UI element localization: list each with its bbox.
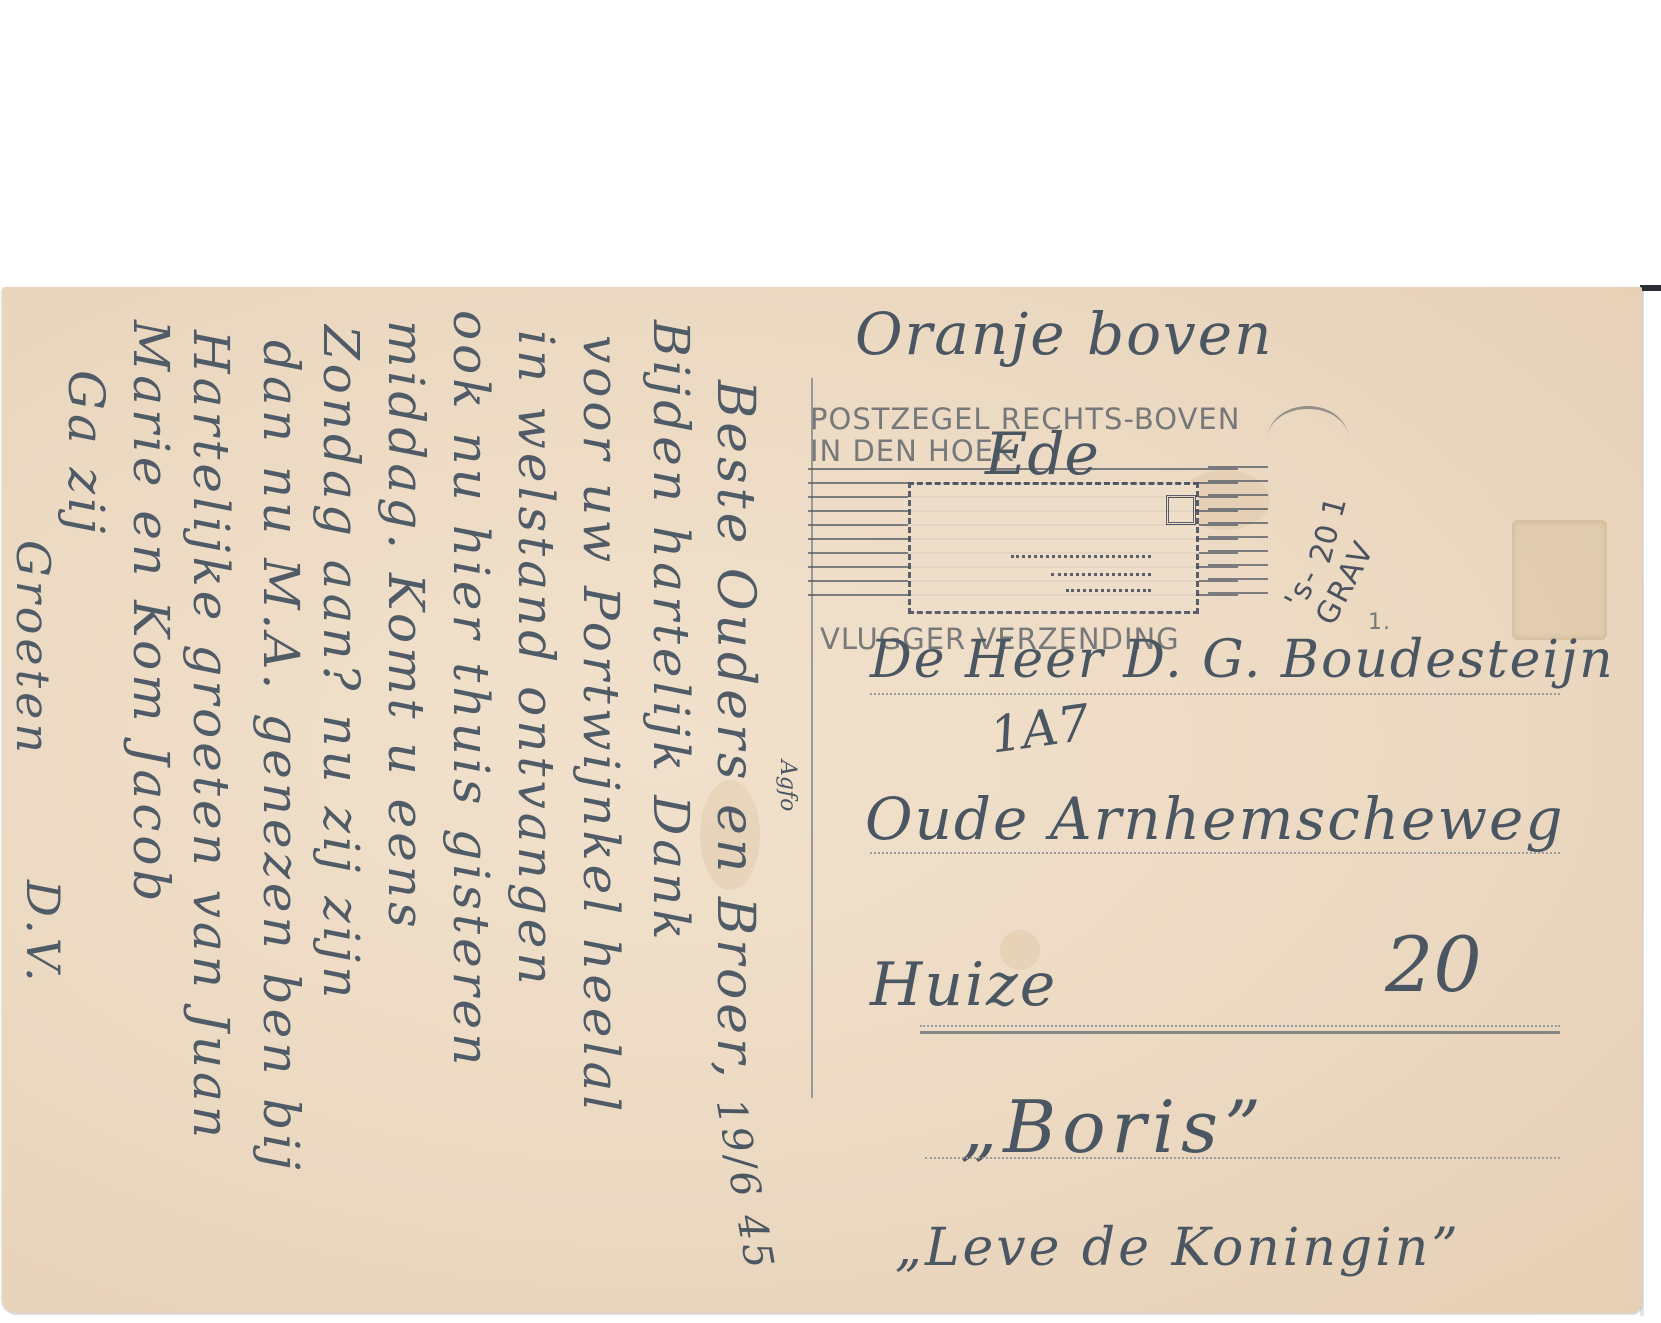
message-line: Bijden hartelijk Dank	[642, 320, 700, 944]
machine-cancellation-postmark: POSTZEGEL RECHTS-BOVEN IN DEN HOEK 's-GR…	[808, 398, 1408, 658]
house-number: 20	[1385, 920, 1482, 1009]
message-line: ook nu hier thuis gisteren	[442, 310, 500, 1069]
street-address: Oude Arnhemscheweg	[865, 785, 1564, 853]
header-note: Oranje boven	[855, 300, 1273, 368]
address-line-1	[870, 693, 1560, 695]
address-line-4	[925, 1157, 1560, 1159]
message-line: middag. Komt u eens	[377, 320, 435, 932]
envelope-address-line	[1066, 589, 1151, 594]
message-line: Marie en Kom Jacob	[122, 320, 180, 905]
pencil-note-vertical: Agfo	[775, 760, 800, 811]
envelope-address-line	[1011, 555, 1151, 560]
envelope-address-line	[1051, 573, 1151, 578]
address-underline	[920, 1031, 1560, 1034]
message-line: D.V.	[16, 880, 70, 986]
place-note: Ede	[985, 420, 1099, 488]
postmark-lines-right	[1208, 454, 1268, 606]
message-line: Groeten	[6, 540, 60, 757]
message-line: voor uw Portwijnkel heelal	[572, 335, 630, 1115]
message-line: in welstand ontvangen	[507, 330, 565, 989]
removed-stamp-mark	[1512, 520, 1607, 640]
message-line: Ga zij	[57, 370, 115, 537]
message-line: Hartelijke groeten van Juan	[182, 330, 240, 1142]
message-line: dan nu M.A. genezen ben bij	[252, 340, 310, 1174]
address-line-2	[870, 852, 1560, 854]
postmark-envelope-icon	[908, 482, 1199, 614]
closing-line: „Leve de Koningin”	[895, 1218, 1461, 1278]
address-line-3	[920, 1025, 1560, 1027]
recipient-name: De Heer D. G. Boudesteijn	[870, 630, 1615, 690]
message-line: Zondag aan? nu zij zijn	[312, 325, 370, 1002]
envelope-stamp-icon	[1166, 495, 1196, 525]
house-label: Huize	[870, 950, 1057, 1020]
message-line: Beste Ouders en Broer,	[705, 380, 765, 1082]
postmark-crest-icon	[1268, 406, 1348, 469]
